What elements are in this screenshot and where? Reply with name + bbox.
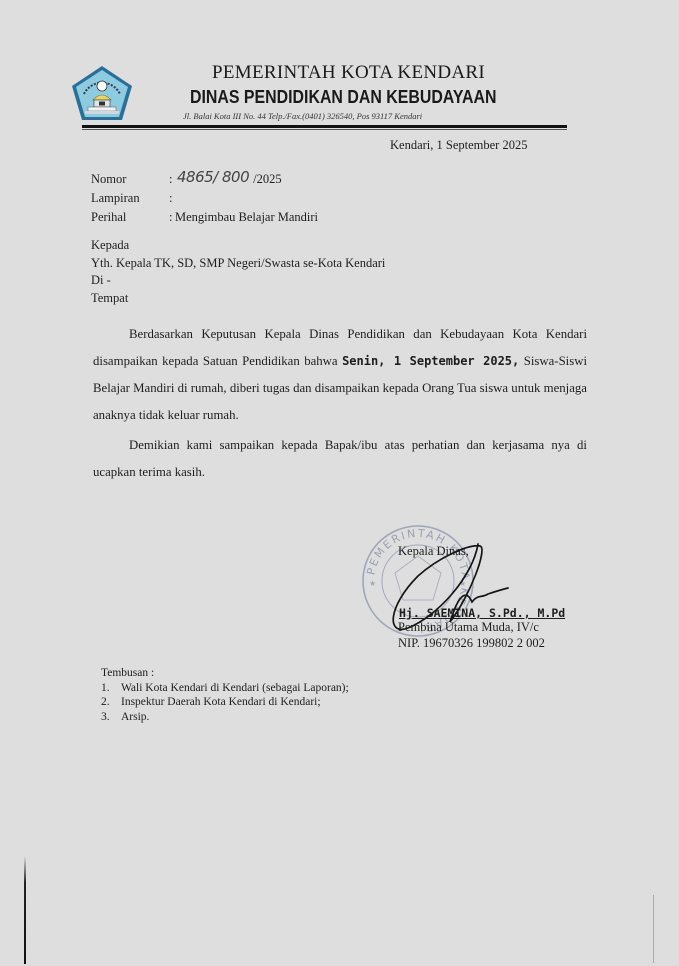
letter-meta: Nomor : 4865/ 800 /2025 Lampiran : Perih… (91, 170, 318, 227)
meta-value: Mengimbau Belajar Mandiri (175, 208, 318, 227)
addressee-line: Tempat (91, 290, 385, 308)
cc-list: 1.Wali Kota Kendari di Kendari (sebagai … (101, 681, 349, 725)
cc-heading: Tembusan : (101, 666, 349, 681)
letterhead-agency: DINAS PENDIDIKAN DAN KEBUDAYAAN (190, 86, 496, 108)
cc-item: 2.Inspektur Daerah Kota Kendari di Kenda… (101, 695, 349, 710)
cc-text: Inspektur Daerah Kota Kendari di Kendari… (121, 695, 321, 710)
signatory-rank: Pembina Utama Muda, IV/c (398, 620, 539, 635)
body-paragraph-2: Demikian kami sampaikan kepada Bapak/ibu… (93, 432, 587, 486)
meta-colon: : (169, 170, 175, 189)
scan-edge-left (24, 856, 26, 964)
letterhead-rule-thin (82, 129, 567, 130)
signatory-name: Hj. SAEMINA, S.Pd., M.Pd (399, 606, 565, 620)
addressee-line: Yth. Kepala TK, SD, SMP Negeri/Swasta se… (91, 255, 385, 273)
cc-text: Wali Kota Kendari di Kendari (sebagai La… (121, 681, 349, 696)
meta-row-nomor: Nomor : 4865/ 800 /2025 (91, 170, 318, 189)
meta-label: Nomor (91, 170, 169, 189)
svg-text:★: ★ (369, 579, 376, 588)
cc-number: 3. (101, 710, 121, 725)
pentagon-emblem-icon (70, 64, 134, 122)
letterhead-address: Jl. Balai Kota III No. 44 Telp./Fax.(040… (183, 111, 422, 121)
meta-label: Perihal (91, 208, 169, 227)
letterhead-rule (82, 125, 567, 128)
carbon-copy: Tembusan : 1.Wali Kota Kendari di Kendar… (101, 666, 349, 724)
meta-label: Lampiran (91, 189, 169, 208)
signatory-nip: NIP. 19670326 199802 2 002 (398, 636, 545, 651)
cc-text: Arsip. (121, 710, 149, 725)
meta-row-lampiran: Lampiran : (91, 189, 318, 208)
body-bold-date: Senin, 1 September 2025, (342, 354, 519, 368)
addressee: Kepada Yth. Kepala TK, SD, SMP Negeri/Sw… (91, 237, 385, 307)
meta-colon: : (169, 189, 175, 208)
letterhead-government: PEMERINTAH KOTA KENDARI (212, 62, 485, 84)
cc-item: 1.Wali Kota Kendari di Kendari (sebagai … (101, 681, 349, 696)
handwritten-number: 4865/ 800 (177, 168, 249, 187)
cc-item: 3.Arsip. (101, 710, 349, 725)
letter-body: Berdasarkan Keputusan Kepala Dinas Pendi… (93, 321, 587, 486)
meta-row-perihal: Perihal : Mengimbau Belajar Mandiri (91, 208, 318, 227)
scan-edge-right (653, 895, 654, 963)
cc-number: 2. (101, 695, 121, 710)
cc-number: 1. (101, 681, 121, 696)
letter-date: Kendari, 1 September 2025 (390, 138, 527, 153)
body-paragraph-1: Berdasarkan Keputusan Kepala Dinas Pendi… (93, 321, 587, 429)
meta-value: /2025 (253, 170, 281, 189)
addressee-line: Di - (91, 272, 385, 290)
addressee-line: Kepada (91, 237, 385, 255)
